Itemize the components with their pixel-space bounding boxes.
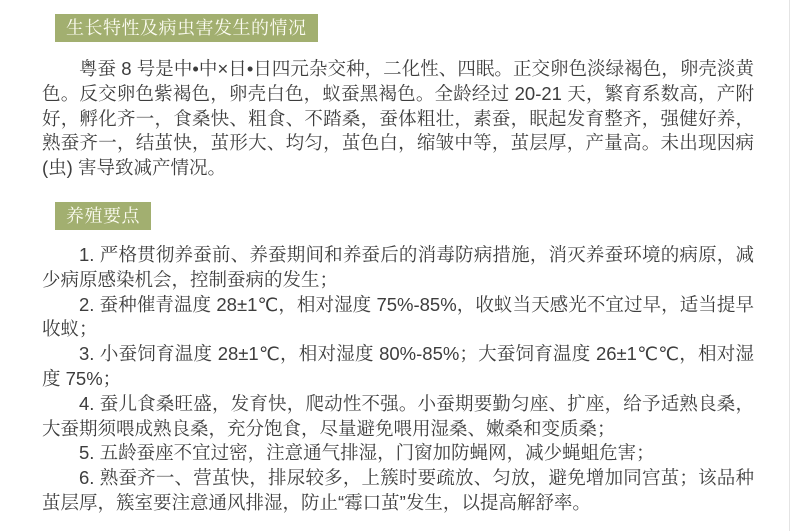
breeding-point-item-2: 2. 蚕种催青温度 28±1℃，相对湿度 75%-85%，收蚁当天感光不宜过早，…: [42, 293, 754, 343]
breeding-point-item-4: 4. 蚕儿食桑旺盛，发育快，爬动性不强。小蚕期要勤匀座、扩座，给予适熟良桑，大蚕…: [42, 392, 754, 442]
section-growth-characteristics: 生长特性及病虫害发生的情况 粤蚕 8 号是中•中×日•日四元杂交种，二化性、四眠…: [42, 14, 754, 181]
growth-paragraph: 粤蚕 8 号是中•中×日•日四元杂交种，二化性、四眠。正交卵色淡绿褐色，卵壳淡黄…: [42, 57, 754, 181]
breeding-points-list: 1. 严格贯彻养蚕前、养蚕期间和养蚕后的消毒防病措施，消灭养蚕环境的病原，减少病…: [42, 243, 754, 516]
article-page: 生长特性及病虫害发生的情况 粤蚕 8 号是中•中×日•日四元杂交种，二化性、四眠…: [0, 0, 794, 516]
breeding-point-item-1: 1. 严格贯彻养蚕前、养蚕期间和养蚕后的消毒防病措施，消灭养蚕环境的病原，减少病…: [42, 243, 754, 293]
breeding-point-item-6: 6. 熟蚕齐一、营茧快，排尿较多，上簇时要疏放、匀放，避免增加同宫茧；该品种茧层…: [42, 466, 754, 516]
growth-paragraph-block: 粤蚕 8 号是中•中×日•日四元杂交种，二化性、四眠。正交卵色淡绿褐色，卵壳淡黄…: [42, 57, 754, 181]
breeding-point-item-5: 5. 五龄蚕座不宜过密，注意通气排湿，门窗加防蝇网，减少蝇蛆危害；: [42, 441, 754, 466]
section-breeding-points: 养殖要点 1. 严格贯彻养蚕前、养蚕期间和养蚕后的消毒防病措施，消灭养蚕环境的病…: [42, 202, 754, 516]
section-heading-badge-points: 养殖要点: [55, 202, 151, 230]
section-heading-badge-growth: 生长特性及病虫害发生的情况: [55, 14, 318, 42]
breeding-point-item-3: 3. 小蚕饲育温度 28±1℃，相对湿度 80%-85%；大蚕饲育温度 26±1…: [42, 342, 754, 392]
